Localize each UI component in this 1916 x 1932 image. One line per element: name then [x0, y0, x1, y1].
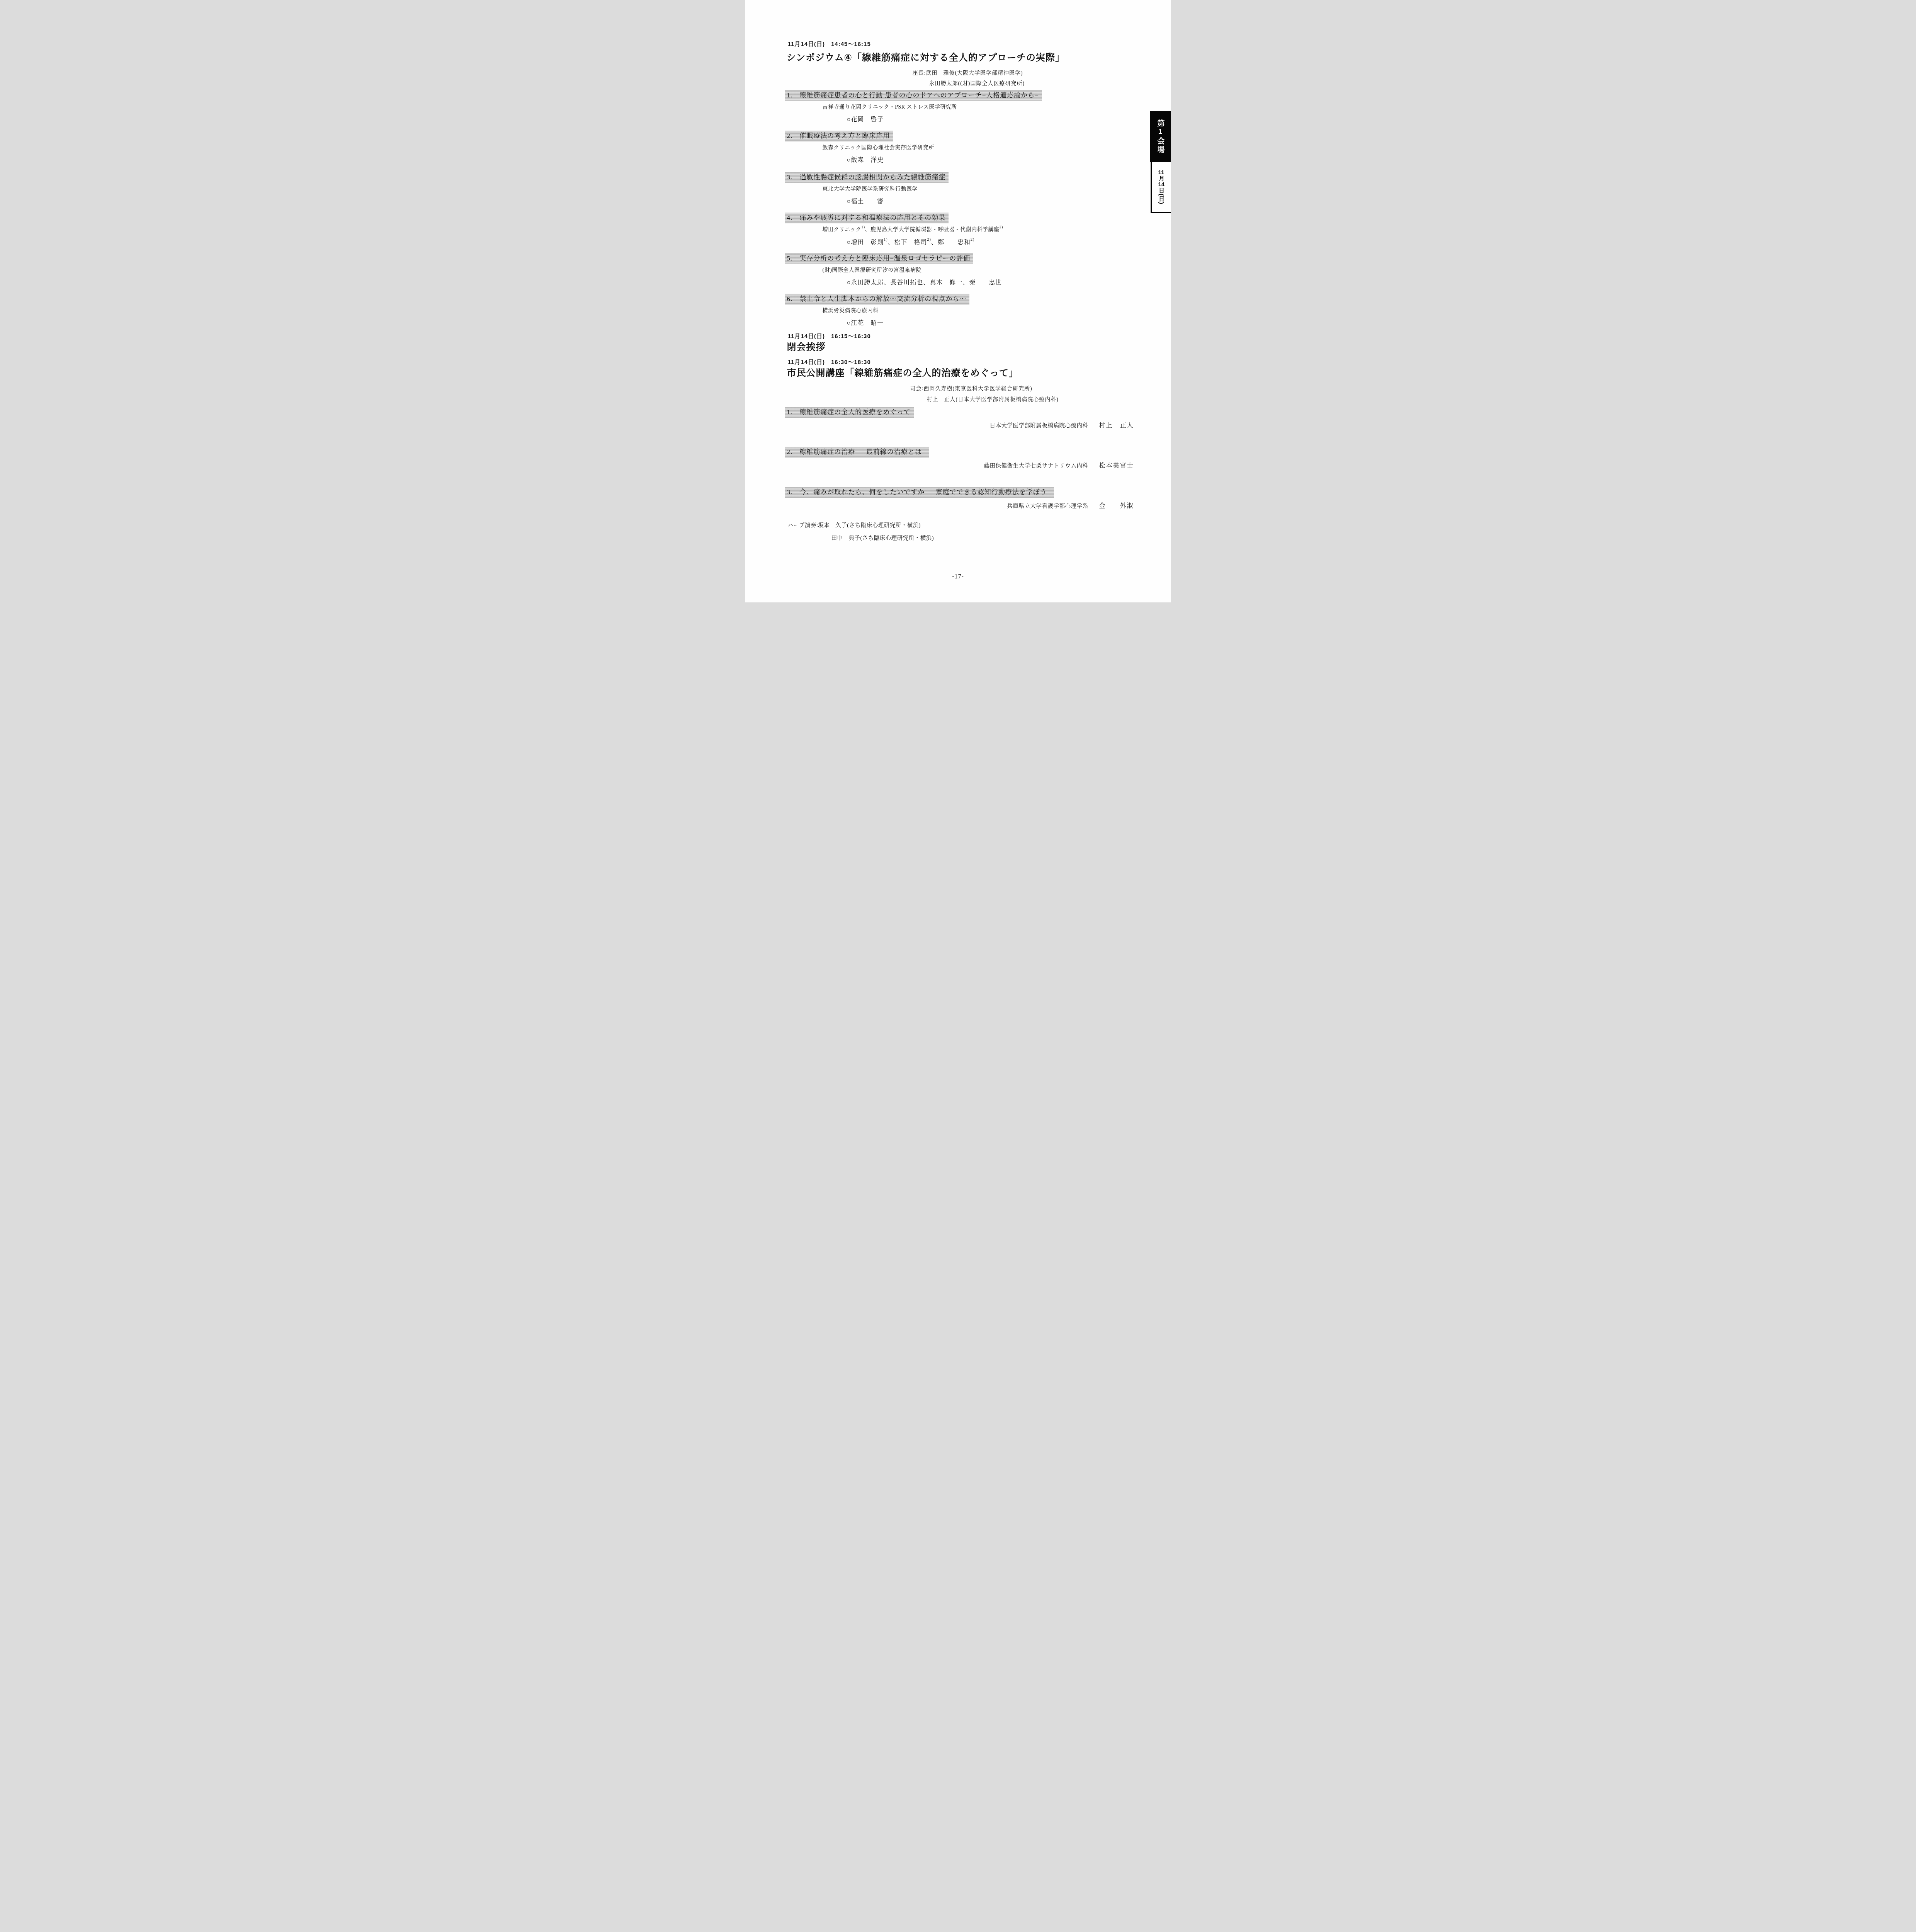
harp-performance-line-2: 田中 典子(さち臨床心理研究所・横浜) — [831, 535, 934, 542]
affiliation-superscript: 1) — [861, 225, 865, 230]
lecture-item-1-speaker: 村上 正人 — [1099, 422, 1134, 429]
sidebar-date-tab: 11月14日(日) — [1151, 162, 1171, 213]
sidebar-date-month: 11 — [1158, 170, 1165, 175]
lecture-item-2-title: 2. 線維筋痛症の治療 −最前線の治療とは− — [785, 447, 929, 457]
lecture-item-2-speaker: 松本美富士 — [1099, 463, 1134, 469]
affiliation-part: 増田クリニック — [823, 227, 862, 233]
lecture-item-1-title: 1. 線維筋痛症の全人的医療をめぐって — [785, 407, 914, 418]
public-lecture-moderator-1: 司会:西岡久寿樹(東京医科大学医学総合研究所) — [910, 386, 1032, 393]
symposium-item-5-speakers: ○永田勝太郎、長谷川拓也、真木 修一、秦 忠世 — [847, 279, 1002, 287]
symposium-item-4-affiliation: 増田クリニック1)、鹿児島大学大学院循環器・呼吸器・代謝内科学講座2) — [823, 226, 1003, 233]
symposium-chair-1: 座長:武田 雅俊(大阪大学医学部精神医学) — [913, 70, 1023, 77]
affiliation-part: 、鹿児島大学大学院循環器・呼吸器・代謝内科学講座 — [865, 227, 1000, 233]
sidebar-date-month-label: 月 — [1157, 175, 1165, 182]
lecture-item-1-credit: 日本大学医学部附属板橋病院心療内科村上 正人 — [785, 420, 1134, 429]
symposium-item-3-title: 3. 過敏性腸症候群の脳腸相関からみた線維筋痛症 — [785, 172, 949, 183]
affiliation-superscript: 2) — [1000, 225, 1003, 230]
symposium-item-1-speakers: ○花岡 啓子 — [847, 116, 884, 124]
symposium-item-4-speakers: ○増田 彰則1)、松下 格司2)、鄭 忠和2) — [847, 239, 975, 247]
lecture-item-3-title: 3. 今、痛みが取れたら、何をしたいですか −家庭でできる認知行動療法を学ぼう− — [785, 487, 1054, 498]
sidebar-venue-tab: 第1会場 — [1150, 111, 1171, 162]
symposium-item-2-affiliation: 飯森クリニック国際心理社会実存医学研究所 — [823, 145, 934, 151]
program-page: 11月14日(日) 14:45〜16:15 シンポジウム④「線維筋痛症に対する全… — [745, 0, 1171, 602]
symposium-item-6-affiliation: 横浜労災病院心療内科 — [823, 308, 879, 315]
symposium-item-5-affiliation: (財)国際全人医療研究所汐の宮温泉病院 — [823, 267, 922, 274]
speaker-part: 、鄭 忠和 — [931, 239, 971, 246]
harp-performance-line-1: ハープ演奏:坂本 久子(さち臨床心理研究所・横浜) — [788, 522, 921, 529]
symposium-item-6-speakers: ○江花 昭一 — [847, 320, 884, 327]
symposium-item-1-affiliation: 吉祥寺通り花岡クリニック・PSR ストレス医学研究所 — [823, 104, 957, 111]
speaker-part: 、松下 格司 — [888, 239, 927, 246]
symposium-item-1-title: 1. 線維筋痛症患者の心と行動 患者の心のドアへのアプローチ−人格適応論から− — [785, 90, 1042, 101]
lecture-item-2-credit: 藤田保健衛生大学七栗サナトリウム内科松本美富士 — [785, 461, 1134, 469]
speaker-superscript: 2) — [971, 238, 974, 242]
speaker-superscript: 2) — [927, 238, 931, 242]
sidebar-date-day-label: 日 — [1157, 187, 1165, 194]
page-number: -17- — [745, 573, 1171, 580]
symposium-item-5-title: 5. 実存分析の考え方と臨床応用−温泉ロゴセラピーの評価 — [785, 253, 974, 264]
symposium-item-4-title: 4. 痛みや疲労に対する和温療法の応用とその効果 — [785, 213, 949, 223]
lecture-item-3-credit: 兵庫県立大学看護学部心理学系金 外淑 — [785, 501, 1134, 510]
public-lecture-title: 市民公開講座「線維筋痛症の全人的治療をめぐって」 — [787, 367, 1019, 379]
lecture-item-3-affiliation: 兵庫県立大学看護学部心理学系 — [1007, 503, 1088, 509]
public-lecture-datetime: 11月14日(日) 16:30〜18:30 — [788, 359, 871, 366]
symposium-item-3-speakers: ○福土 審 — [847, 198, 884, 206]
lecture-item-3-speaker: 金 外淑 — [1099, 503, 1134, 509]
sidebar-date-weekday: (日) — [1157, 194, 1165, 204]
sidebar-date-day: 14 — [1158, 182, 1165, 187]
speaker-part: ○増田 彰則 — [847, 239, 884, 246]
symposium-item-2-speakers: ○飯森 洋史 — [847, 156, 884, 164]
symposium-datetime: 11月14日(日) 14:45〜16:15 — [788, 41, 871, 48]
symposium-item-3-affiliation: 東北大学大学院医学系研究科行動医学 — [823, 186, 918, 193]
closing-datetime: 11月14日(日) 16:15〜16:30 — [788, 333, 871, 340]
symposium-item-2-title: 2. 催眠療法の考え方と臨床応用 — [785, 131, 893, 141]
lecture-item-2-affiliation: 藤田保健衛生大学七栗サナトリウム内科 — [984, 463, 1088, 469]
symposium-chair-2: 永田勝太郎((財)国際全人医療研究所) — [929, 80, 1025, 87]
lecture-item-1-affiliation: 日本大学医学部附属板橋病院心療内科 — [989, 423, 1088, 429]
symposium-title: シンポジウム④「線維筋痛症に対する全人的アプローチの実際」 — [787, 52, 1065, 64]
speaker-superscript: 1) — [884, 238, 887, 242]
closing-title: 閉会挨拶 — [787, 342, 826, 353]
public-lecture-moderator-2: 村上 正人(日本大学医学部附属板橋病院心療内科) — [927, 396, 1059, 403]
symposium-item-6-title: 6. 禁止令と人生脚本からの解放〜交流分析の視点から〜 — [785, 294, 970, 304]
